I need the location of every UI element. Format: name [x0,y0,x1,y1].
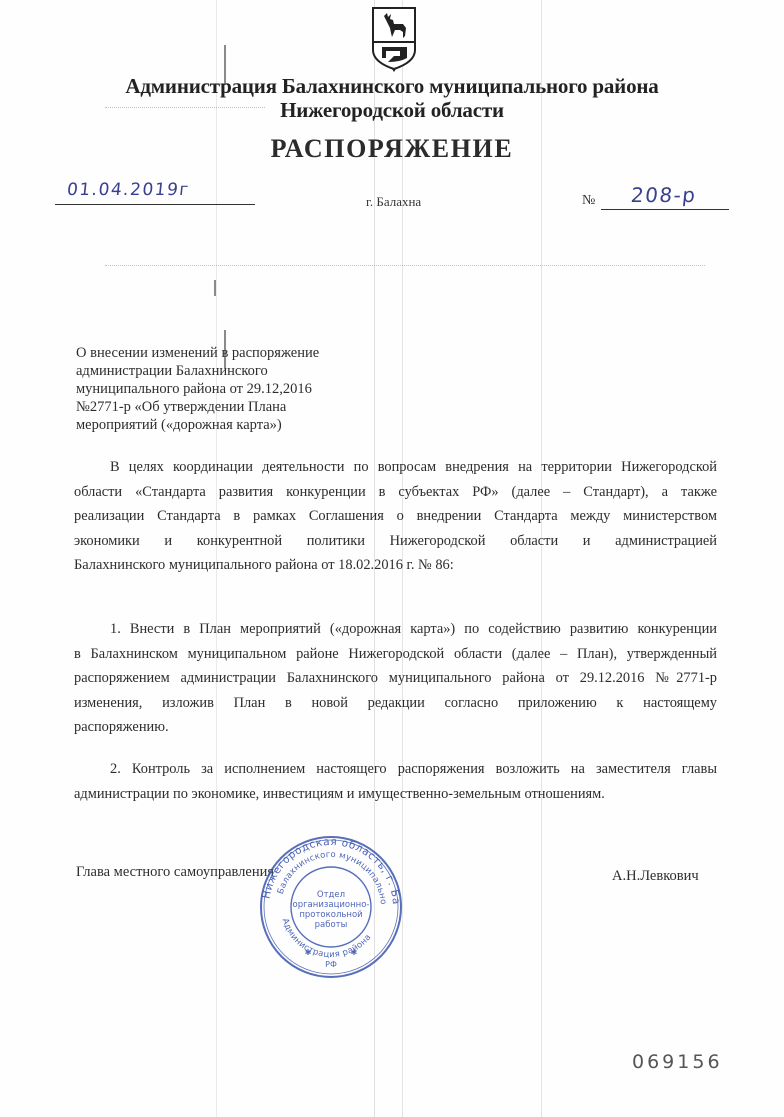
place-of-issue: г. Балахна [366,194,421,210]
document-number-field: 208-р [601,185,729,210]
organization-name: Администрация Балахнинского муниципально… [0,74,784,99]
stamp-center-line: организационно- [293,900,370,910]
paragraph-line: изменения, изложив План в новой редакции… [74,691,717,716]
stamp-center-line: работы [315,920,348,930]
order-item-1: 1. Внести в План мероприятий («дорожная … [74,617,717,740]
signatory-name: А.Н.Левкович [612,868,699,885]
subject-line: администрации Балахнинского [76,362,366,380]
svg-text:✱: ✱ [351,948,358,957]
paragraph-line: 2. Контроль за исполнением настоящего ра… [74,757,717,782]
signatory-title: Глава местного самоуправления [76,864,274,881]
scan-dots [105,265,705,267]
paragraph-line: администрации по экономике, инвестициям … [74,782,717,807]
document-type-title: РАСПОРЯЖЕНИЕ [0,134,784,164]
paragraph-line: экономики и конкурентной политики Нижего… [74,529,717,554]
paragraph-line: в Балахнинском муниципальном районе Ниже… [74,642,717,667]
order-item-2: 2. Контроль за исполнением настоящего ра… [74,757,717,806]
stamp-center-line: протокольной [299,910,362,920]
coat-of-arms-icon [370,6,418,72]
official-stamp-icon: Нижегородская область, г. Балахна Балахн… [258,834,404,980]
subject-line: муниципального района от 29.12,2016 [76,380,366,398]
handwritten-document-number: 208-р [630,183,698,207]
handwritten-date: 01.04.2019г [66,180,191,200]
subject-line: мероприятий («дорожная карта») [76,416,366,434]
paragraph-line: области «Стандарта развития конкуренции … [74,480,717,505]
subject-block: О внесении изменений в распоряжение адми… [76,344,366,434]
paragraph-line: 1. Внести в План мероприятий («дорожная … [74,617,717,642]
organization-region: Нижегородской области [0,98,784,123]
paragraph-line: В целях координации деятельности по вопр… [74,455,717,480]
subject-line: О внесении изменений в распоряжение [76,344,366,362]
stamp-center-line: Отдел [317,890,345,900]
paragraph-line: распоряжению. [74,715,717,740]
date-field: 01.04.2019г [55,182,255,205]
subject-line: №2771-р «Об утверждении Плана [76,398,366,416]
number-label: № [582,193,595,209]
scan-streak [214,280,216,296]
paragraph-line: распоряжением администрации Балахнинског… [74,666,717,691]
serial-number: 069156 [632,1051,723,1073]
stamp-bottom-text: РФ [325,960,337,969]
svg-text:✱: ✱ [305,948,312,957]
paragraph-line: реализации Стандарта в рамках Соглашения… [74,504,717,529]
paragraph-line: Балахнинского муниципального района от 1… [74,553,717,578]
document-page: Администрация Балахнинского муниципально… [0,0,784,1117]
preamble-paragraph: В целях координации деятельности по вопр… [74,455,717,578]
